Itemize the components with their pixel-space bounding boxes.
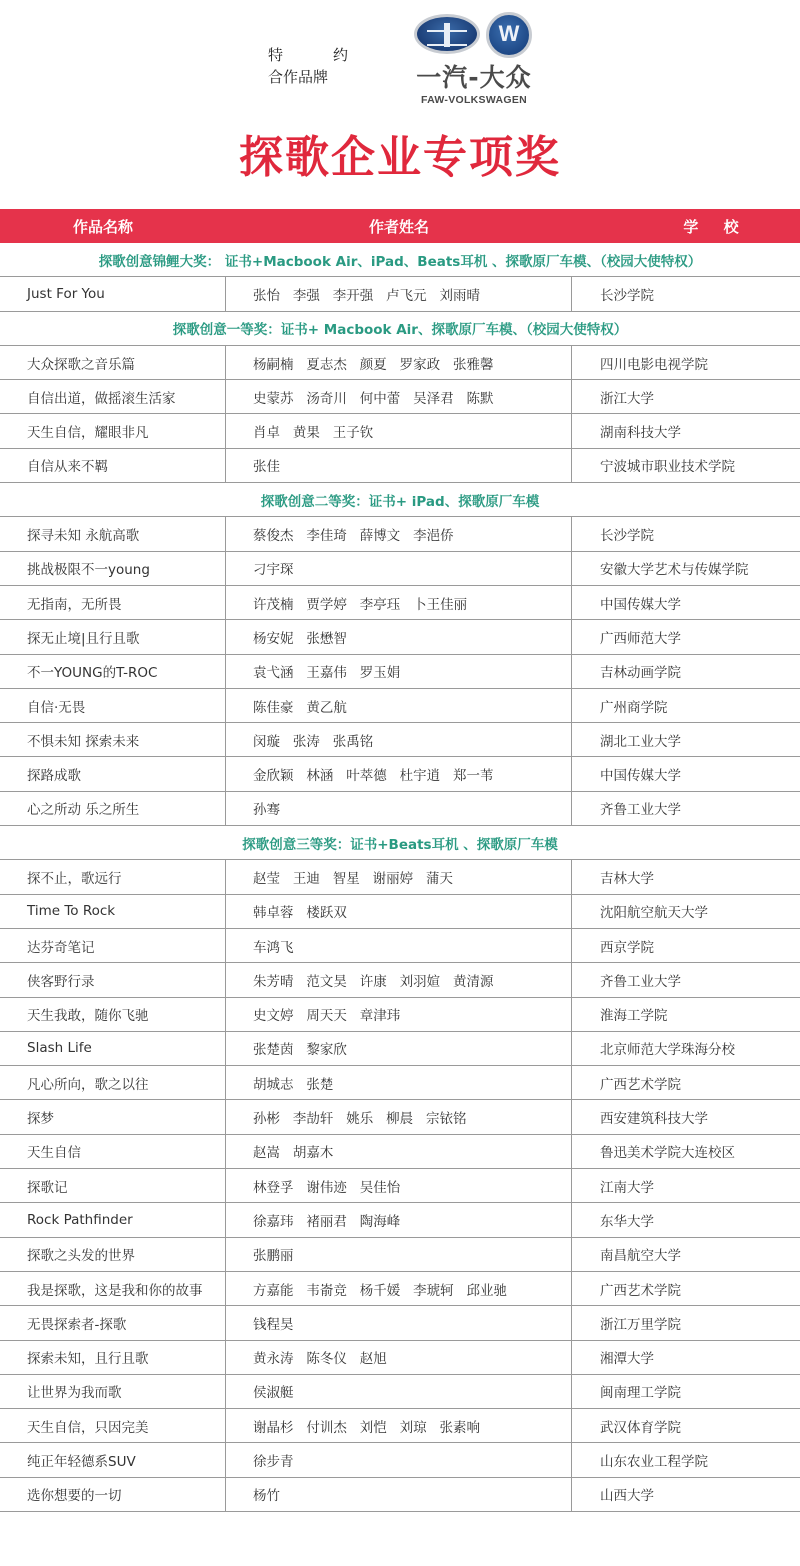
table-row: 纯正年轻德系SUV徐步青山东农业工程学院 bbox=[0, 1443, 800, 1477]
school-cell: 中国传媒大学 bbox=[572, 586, 800, 619]
school-cell: 宁波城市职业技术学院 bbox=[572, 449, 800, 482]
awards-table: 作品名称 作者姓名 学 校 探歌创意锦鲤大奖： 证书+Macbook Air、i… bbox=[0, 209, 800, 1512]
work-title-cell: 探寻未知 永航高歌 bbox=[0, 517, 226, 550]
school-cell: 东华大学 bbox=[572, 1203, 800, 1236]
header-school: 学 校 bbox=[572, 216, 800, 237]
table-row: 自信出道，做摇滚生活家史蒙苏 汤奇川 何中蕾 吴泽君 陈默浙江大学 bbox=[0, 380, 800, 414]
school-cell: 长沙学院 bbox=[572, 277, 800, 310]
authors-cell: 徐步青 bbox=[226, 1443, 572, 1476]
authors-cell: 韩卓蓉 楼跃双 bbox=[226, 895, 572, 928]
work-title-cell: Just For You bbox=[0, 277, 226, 310]
work-title-cell: 心之所动 乐之所生 bbox=[0, 792, 226, 825]
table-header: 作品名称 作者姓名 学 校 bbox=[0, 209, 800, 243]
vw-badge-icon: W bbox=[486, 12, 532, 58]
table-row: Rock Pathfinder徐嘉玮 褚丽君 陶海峰东华大学 bbox=[0, 1203, 800, 1237]
table-row: Just For You张怡 李强 李开强 卢飞元 刘雨晴长沙学院 bbox=[0, 277, 800, 311]
authors-cell: 孙骞 bbox=[226, 792, 572, 825]
authors-cell: 史文婷 周天天 章津玮 bbox=[226, 998, 572, 1031]
school-cell: 安徽大学艺术与传媒学院 bbox=[572, 552, 800, 585]
table-row: 探不止，歌远行赵莹 王迪 智星 谢丽婷 蒲天吉林大学 bbox=[0, 860, 800, 894]
work-title-cell: Time To Rock bbox=[0, 895, 226, 928]
authors-cell: 闵璇 张涛 张禹铭 bbox=[226, 723, 572, 756]
school-cell: 齐鲁工业大学 bbox=[572, 792, 800, 825]
table-row: 凡心所向，歌之以往胡城志 张楚广西艺术学院 bbox=[0, 1066, 800, 1100]
award-category-row: 探歌创意一等奖：证书+ Macbook Air、探歌原厂车模、（校园大使特权） bbox=[0, 312, 800, 346]
school-cell: 闽南理工学院 bbox=[572, 1375, 800, 1408]
work-title-cell: 探梦 bbox=[0, 1100, 226, 1133]
work-title-cell: 天生自信，只因完美 bbox=[0, 1409, 226, 1442]
work-title-cell: 凡心所向，歌之以往 bbox=[0, 1066, 226, 1099]
work-title-cell: 挑战极限不一young bbox=[0, 552, 226, 585]
authors-cell: 钱程昊 bbox=[226, 1306, 572, 1339]
table-row: 天生自信，只因完美谢晶杉 付训杰 刘恺 刘琼 张素响武汉体育学院 bbox=[0, 1409, 800, 1443]
school-cell: 湖北工业大学 bbox=[572, 723, 800, 756]
authors-cell: 张佳 bbox=[226, 449, 572, 482]
work-title-cell: 纯正年轻德系SUV bbox=[0, 1443, 226, 1476]
authors-cell: 张鹏丽 bbox=[226, 1238, 572, 1271]
award-category-row: 探歌创意二等奖：证书+ iPad、探歌原厂车模 bbox=[0, 483, 800, 517]
school-cell: 长沙学院 bbox=[572, 517, 800, 550]
school-cell: 广西艺术学院 bbox=[572, 1272, 800, 1305]
sponsor-label-line2: 合作品牌 bbox=[268, 66, 352, 88]
table-row: 探索未知，且行且歌黄永涛 陈冬仪 赵旭湘潭大学 bbox=[0, 1341, 800, 1375]
table-row: 天生自信，耀眼非凡肖卓 黄果 王子钦湖南科技大学 bbox=[0, 414, 800, 448]
table-row: 自信从来不羁张佳宁波城市职业技术学院 bbox=[0, 449, 800, 483]
work-title-cell: 探索未知，且行且歌 bbox=[0, 1341, 226, 1374]
work-title-cell: 自信出道，做摇滚生活家 bbox=[0, 380, 226, 413]
authors-cell: 黄永涛 陈冬仪 赵旭 bbox=[226, 1341, 572, 1374]
award-category-row: 探歌创意锦鲤大奖： 证书+Macbook Air、iPad、Beats耳机 、探… bbox=[0, 243, 800, 277]
authors-cell: 张楚茵 黎家欣 bbox=[226, 1032, 572, 1065]
table-row: 挑战极限不一young刁宇琛安徽大学艺术与传媒学院 bbox=[0, 552, 800, 586]
table-row: 天生自信赵嵩 胡嘉木鲁迅美术学院大连校区 bbox=[0, 1135, 800, 1169]
school-cell: 沈阳航空航天大学 bbox=[572, 895, 800, 928]
table-row: 无指南，无所畏许茂楠 贾学婷 李亭珏 卜王佳丽中国传媒大学 bbox=[0, 586, 800, 620]
school-cell: 广西师范大学 bbox=[572, 620, 800, 653]
work-title-cell: 天生自信，耀眼非凡 bbox=[0, 414, 226, 447]
header-work-title: 作品名称 bbox=[0, 216, 226, 237]
authors-cell: 朱芳晴 范文昊 许康 刘羽媗 黄清源 bbox=[226, 963, 572, 996]
authors-cell: 徐嘉玮 褚丽君 陶海峰 bbox=[226, 1203, 572, 1236]
authors-cell: 车鸿飞 bbox=[226, 929, 572, 962]
work-title-cell: 自信从来不羁 bbox=[0, 449, 226, 482]
school-cell: 北京师范大学珠海分校 bbox=[572, 1032, 800, 1065]
work-title-cell: 天生我敢，随你飞驰 bbox=[0, 998, 226, 1031]
work-title-cell: Slash Life bbox=[0, 1032, 226, 1065]
table-row: 达芬奇笔记车鸿飞西京学院 bbox=[0, 929, 800, 963]
table-row: 探歌之头发的世界张鹏丽南昌航空大学 bbox=[0, 1238, 800, 1272]
authors-cell: 陈佳豪 黄乙航 bbox=[226, 689, 572, 722]
work-title-cell: 达芬奇笔记 bbox=[0, 929, 226, 962]
school-cell: 中国传媒大学 bbox=[572, 757, 800, 790]
sponsor-label-char-1: 特 bbox=[268, 44, 283, 66]
header-authors: 作者姓名 bbox=[226, 216, 572, 237]
table-row: 让世界为我而歌侯淑艇闽南理工学院 bbox=[0, 1375, 800, 1409]
table-row: 侠客野行录朱芳晴 范文昊 许康 刘羽媗 黄清源齐鲁工业大学 bbox=[0, 963, 800, 997]
authors-cell: 侯淑艇 bbox=[226, 1375, 572, 1408]
authors-cell: 赵莹 王迪 智星 谢丽婷 蒲天 bbox=[226, 860, 572, 893]
table-row: 探路成歌金欣颖 林涵 叶萃德 杜宇逍 郑一苇中国传媒大学 bbox=[0, 757, 800, 791]
table-row: 我是探歌，这是我和你的故事方嘉能 韦嵛竞 杨千媛 李琥轲 邱业驰广西艺术学院 bbox=[0, 1272, 800, 1306]
school-cell: 吉林大学 bbox=[572, 860, 800, 893]
work-title-cell: 大众探歌之音乐篇 bbox=[0, 346, 226, 379]
work-title-cell: 探歌之头发的世界 bbox=[0, 1238, 226, 1271]
table-row: 探寻未知 永航高歌蔡俊杰 李佳琦 薛博文 李浥侨长沙学院 bbox=[0, 517, 800, 551]
authors-cell: 肖卓 黄果 王子钦 bbox=[226, 414, 572, 447]
work-title-cell: 不惧未知 探索未来 bbox=[0, 723, 226, 756]
table-row: 探梦孙彬 李劼轩 姚乐 柳晨 宗铱铭西安建筑科技大学 bbox=[0, 1100, 800, 1134]
table-row: 无畏探索者-探歌钱程昊浙江万里学院 bbox=[0, 1306, 800, 1340]
table-row: 心之所动 乐之所生孙骞齐鲁工业大学 bbox=[0, 792, 800, 826]
sponsor-banner: 特约 合作品牌 W 一汽-大众 FAW-VOLKSWAGEN bbox=[0, 0, 800, 110]
authors-cell: 史蒙苏 汤奇川 何中蕾 吴泽君 陈默 bbox=[226, 380, 572, 413]
work-title-cell: 让世界为我而歌 bbox=[0, 1375, 226, 1408]
school-cell: 广西艺术学院 bbox=[572, 1066, 800, 1099]
school-cell: 江南大学 bbox=[572, 1169, 800, 1202]
school-cell: 鲁迅美术学院大连校区 bbox=[572, 1135, 800, 1168]
school-cell: 浙江大学 bbox=[572, 380, 800, 413]
sponsor-label-char-2: 约 bbox=[333, 44, 348, 66]
school-cell: 西京学院 bbox=[572, 929, 800, 962]
school-cell: 四川电影电视学院 bbox=[572, 346, 800, 379]
work-title-cell: 探不止，歌远行 bbox=[0, 860, 226, 893]
work-title-cell: Rock Pathfinder bbox=[0, 1203, 226, 1236]
brand-name-en: FAW-VOLKSWAGEN bbox=[412, 94, 536, 106]
school-cell: 吉林动画学院 bbox=[572, 655, 800, 688]
table-row: Time To Rock韩卓蓉 楼跃双沈阳航空航天大学 bbox=[0, 895, 800, 929]
school-cell: 山西大学 bbox=[572, 1478, 800, 1511]
school-cell: 广州商学院 bbox=[572, 689, 800, 722]
authors-cell: 金欣颖 林涵 叶萃德 杜宇逍 郑一苇 bbox=[226, 757, 572, 790]
authors-cell: 刁宇琛 bbox=[226, 552, 572, 585]
faw-badge-icon bbox=[414, 14, 480, 54]
work-title-cell: 探无止境|且行且歌 bbox=[0, 620, 226, 653]
work-title-cell: 天生自信 bbox=[0, 1135, 226, 1168]
authors-cell: 杨安妮 张懋智 bbox=[226, 620, 572, 653]
table-body: 探歌创意锦鲤大奖： 证书+Macbook Air、iPad、Beats耳机 、探… bbox=[0, 243, 800, 1512]
authors-cell: 林登孚 谢伟迹 吴佳怡 bbox=[226, 1169, 572, 1202]
school-cell: 武汉体育学院 bbox=[572, 1409, 800, 1442]
authors-cell: 许茂楠 贾学婷 李亭珏 卜王佳丽 bbox=[226, 586, 572, 619]
table-row: 探歌记林登孚 谢伟迹 吴佳怡江南大学 bbox=[0, 1169, 800, 1203]
table-row: 天生我敢，随你飞驰史文婷 周天天 章津玮淮海工学院 bbox=[0, 998, 800, 1032]
table-row: 自信·无畏陈佳豪 黄乙航广州商学院 bbox=[0, 689, 800, 723]
work-title-cell: 我是探歌，这是我和你的故事 bbox=[0, 1272, 226, 1305]
authors-cell: 杨嗣楠 夏志杰 颜夏 罗家政 张雅馨 bbox=[226, 346, 572, 379]
work-title-cell: 探路成歌 bbox=[0, 757, 226, 790]
table-row: 不惧未知 探索未来闵璇 张涛 张禹铭湖北工业大学 bbox=[0, 723, 800, 757]
table-row: 探无止境|且行且歌杨安妮 张懋智广西师范大学 bbox=[0, 620, 800, 654]
brand-name-cn: 一汽-大众 bbox=[412, 64, 536, 92]
faw-vw-logo: W 一汽-大众 FAW-VOLKSWAGEN bbox=[412, 8, 536, 104]
work-title-cell: 自信·无畏 bbox=[0, 689, 226, 722]
authors-cell: 张怡 李强 李开强 卢飞元 刘雨晴 bbox=[226, 277, 572, 310]
table-row: 选你想要的一切杨竹山西大学 bbox=[0, 1478, 800, 1512]
school-cell: 浙江万里学院 bbox=[572, 1306, 800, 1339]
page-title: 探歌企业专项奖 bbox=[0, 130, 800, 186]
award-category-row: 探歌创意三等奖：证书+Beats耳机 、探歌原厂车模 bbox=[0, 826, 800, 860]
school-cell: 齐鲁工业大学 bbox=[572, 963, 800, 996]
work-title-cell: 探歌记 bbox=[0, 1169, 226, 1202]
authors-cell: 赵嵩 胡嘉木 bbox=[226, 1135, 572, 1168]
work-title-cell: 不一YOUNG的T-ROC bbox=[0, 655, 226, 688]
authors-cell: 蔡俊杰 李佳琦 薛博文 李浥侨 bbox=[226, 517, 572, 550]
authors-cell: 谢晶杉 付训杰 刘恺 刘琼 张素响 bbox=[226, 1409, 572, 1442]
table-row: Slash Life张楚茵 黎家欣北京师范大学珠海分校 bbox=[0, 1032, 800, 1066]
work-title-cell: 无畏探索者-探歌 bbox=[0, 1306, 226, 1339]
school-cell: 山东农业工程学院 bbox=[572, 1443, 800, 1476]
school-cell: 淮海工学院 bbox=[572, 998, 800, 1031]
school-cell: 南昌航空大学 bbox=[572, 1238, 800, 1271]
authors-cell: 袁弋涵 王嘉伟 罗玉娟 bbox=[226, 655, 572, 688]
school-cell: 西安建筑科技大学 bbox=[572, 1100, 800, 1133]
work-title-cell: 选你想要的一切 bbox=[0, 1478, 226, 1511]
authors-cell: 胡城志 张楚 bbox=[226, 1066, 572, 1099]
authors-cell: 孙彬 李劼轩 姚乐 柳晨 宗铱铭 bbox=[226, 1100, 572, 1133]
school-cell: 湖南科技大学 bbox=[572, 414, 800, 447]
school-cell: 湘潭大学 bbox=[572, 1341, 800, 1374]
authors-cell: 杨竹 bbox=[226, 1478, 572, 1511]
authors-cell: 方嘉能 韦嵛竞 杨千媛 李琥轲 邱业驰 bbox=[226, 1272, 572, 1305]
sponsor-label: 特约 合作品牌 bbox=[268, 44, 352, 88]
table-row: 大众探歌之音乐篇杨嗣楠 夏志杰 颜夏 罗家政 张雅馨四川电影电视学院 bbox=[0, 346, 800, 380]
work-title-cell: 侠客野行录 bbox=[0, 963, 226, 996]
table-row: 不一YOUNG的T-ROC袁弋涵 王嘉伟 罗玉娟吉林动画学院 bbox=[0, 655, 800, 689]
work-title-cell: 无指南，无所畏 bbox=[0, 586, 226, 619]
